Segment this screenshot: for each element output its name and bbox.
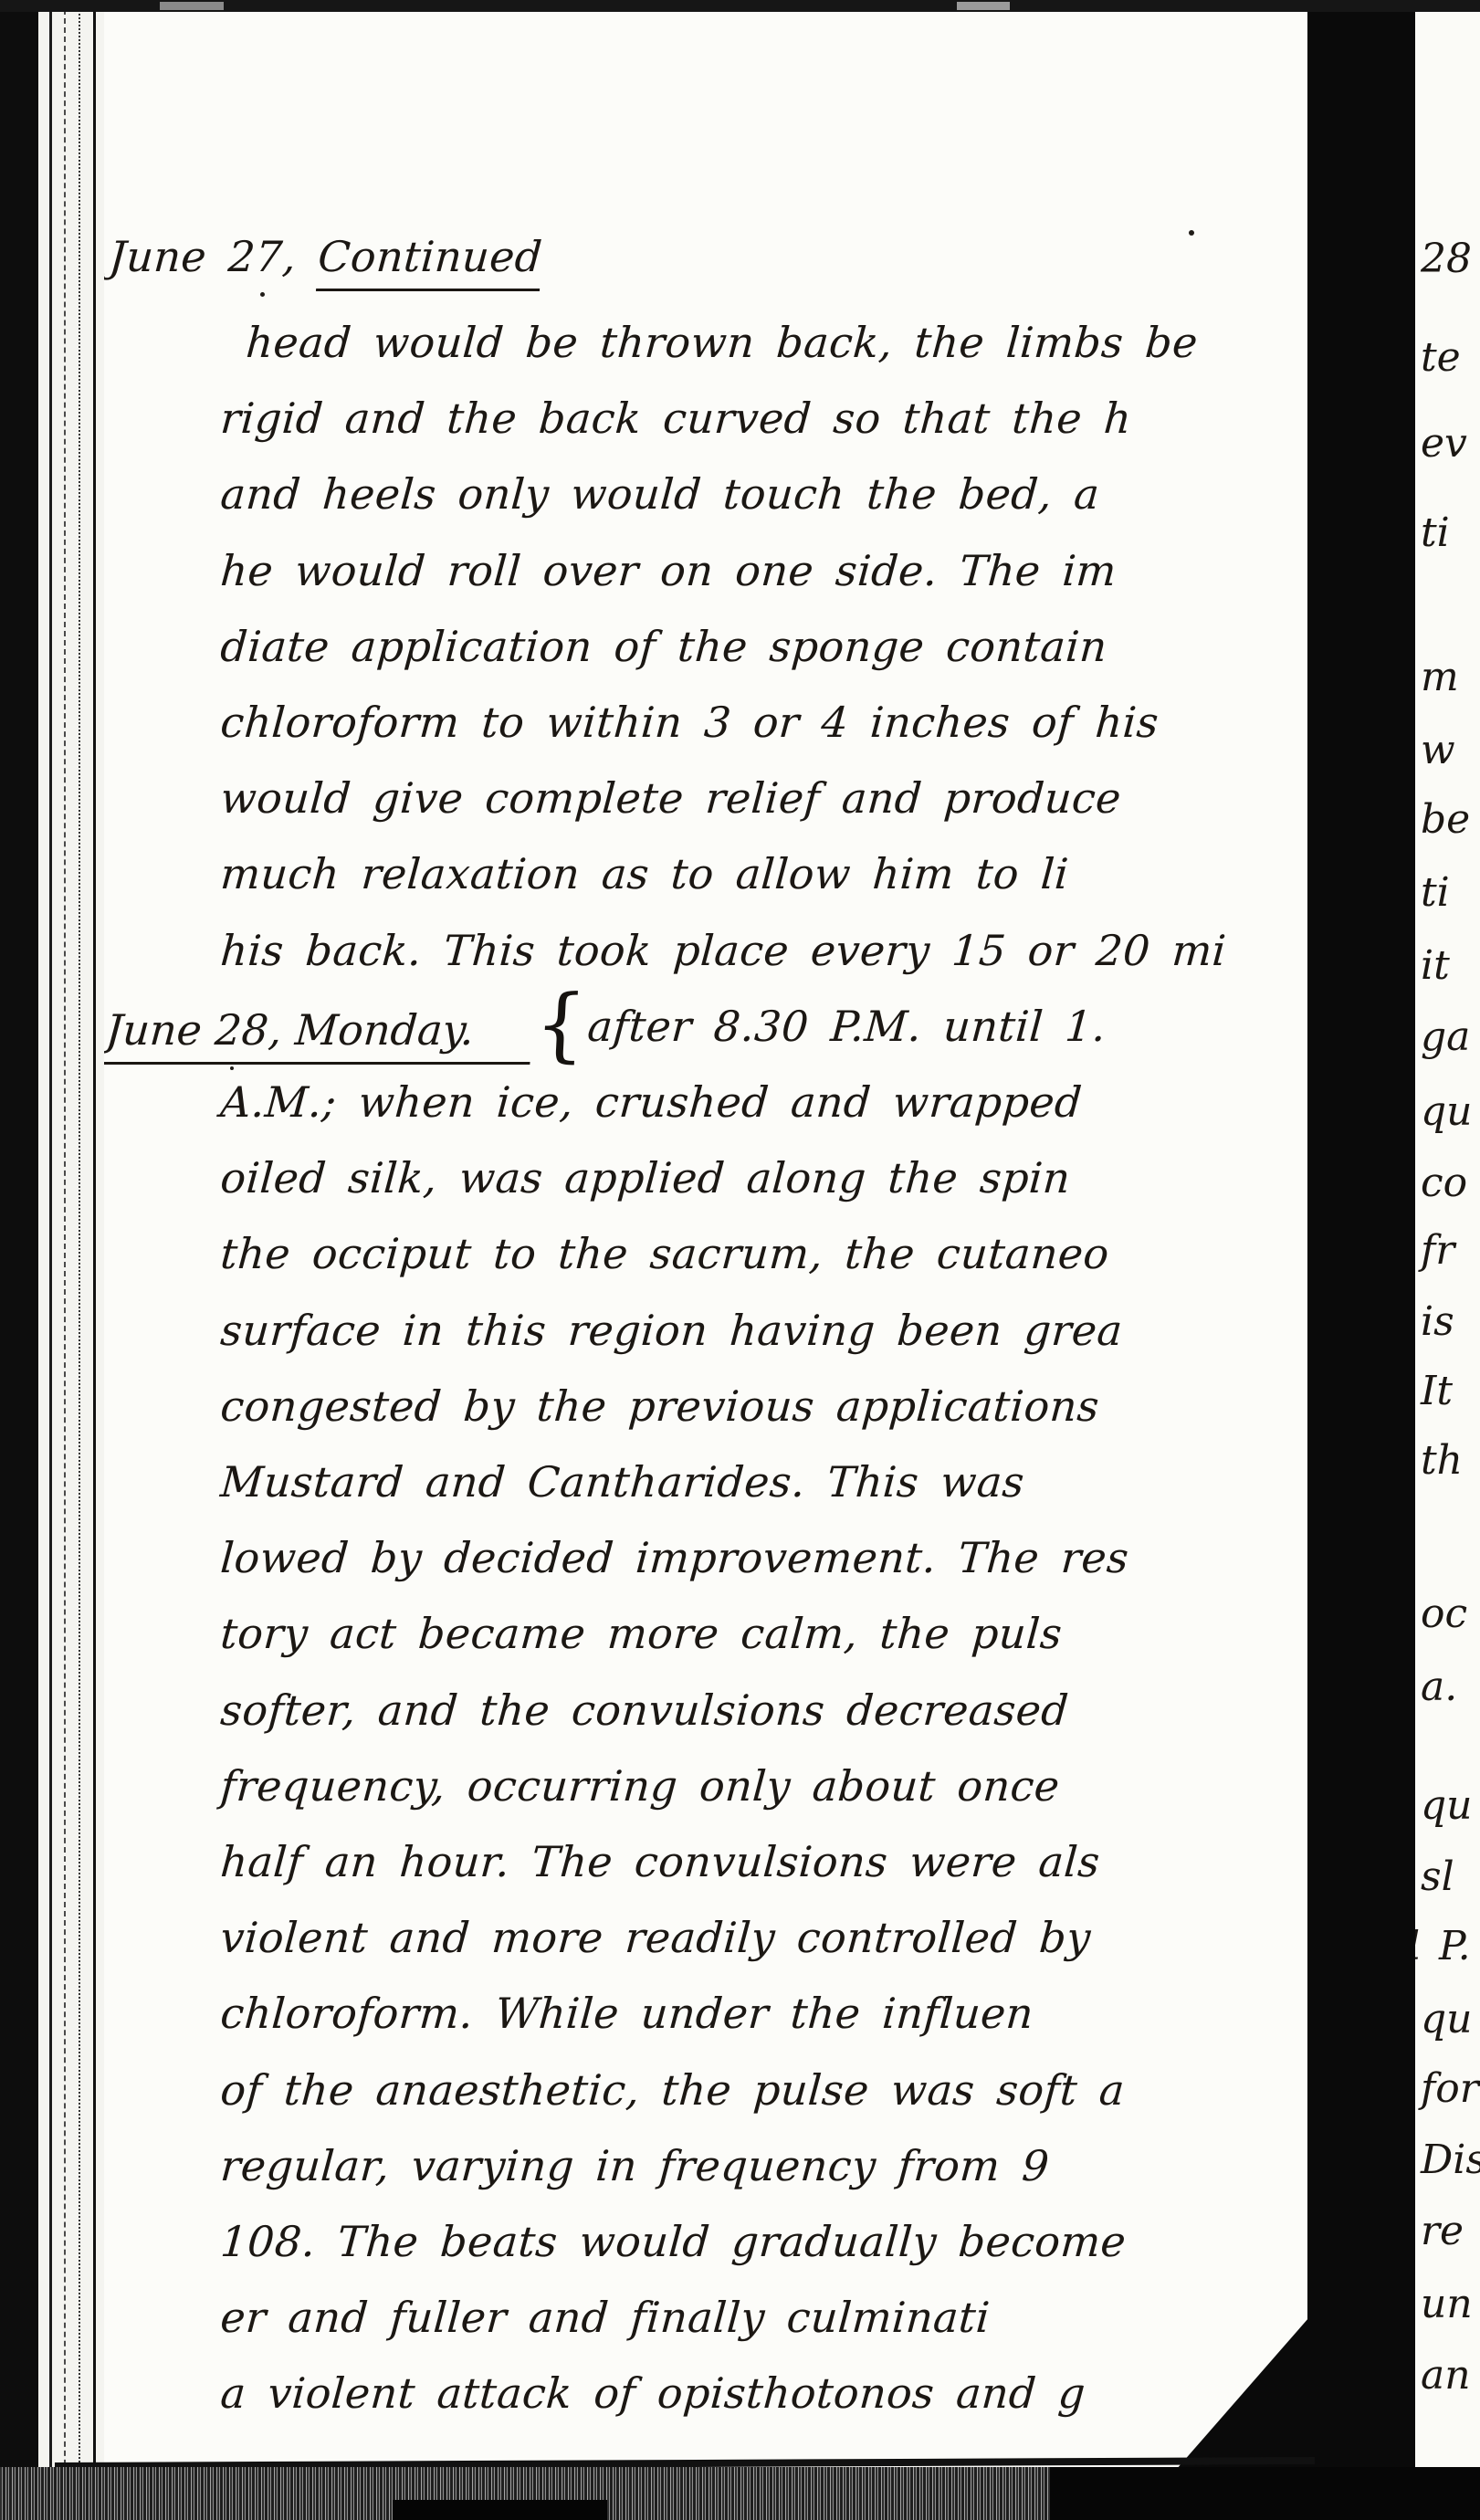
facing-page-fragment: ga <box>1421 1013 1470 1060</box>
handwritten-line: chloroform. While under the influen <box>219 1992 1034 2034</box>
handwritten-line: softer, and the convulsions decreased <box>219 1689 1070 1731</box>
facing-page-fragment: oc <box>1421 1591 1467 1637</box>
page-edge-line <box>49 0 52 2520</box>
handwritten-line: head would be thrown back, the limbs be <box>245 321 1199 363</box>
page-edge-line <box>79 0 80 2520</box>
handwritten-line: surface in this region having been grea <box>219 1309 1124 1351</box>
handwritten-line: half an hour. The convulsions were als <box>219 1841 1101 1883</box>
handwritten-line: Mustard and Cantharides. This was <box>219 1461 1025 1503</box>
ink-speck <box>260 292 265 297</box>
facing-page-fragment: qu <box>1421 1088 1473 1135</box>
entry-heading-date: June 27, <box>108 232 299 281</box>
handwritten-line: after 8.30 P.M. until 1. <box>586 1005 1107 1047</box>
ink-speck <box>230 1066 234 1070</box>
facing-page-fragment: te <box>1421 334 1461 381</box>
handwritten-line: his back. This took place every 15 or 20… <box>219 929 1228 971</box>
facing-page-fragment: qu <box>1421 1782 1473 1829</box>
handwritten-line: of the anaesthetic, the pulse was soft a <box>219 2069 1126 2111</box>
facing-page-fragment: fr <box>1421 1227 1454 1274</box>
facing-page-fragment: 28 <box>1421 236 1472 282</box>
facing-page-fragment: m <box>1421 654 1459 700</box>
facing-page-fragment: co <box>1421 1160 1467 1206</box>
book-left-edge <box>0 0 38 2520</box>
margin-date-text: June 28, Monday. <box>103 1005 534 1065</box>
facing-page-fragment: ti <box>1421 509 1450 556</box>
handwritten-line: regular, varying in frequency from 9 <box>219 2145 1051 2187</box>
handwritten-line: oiled silk, was applied along the spin <box>219 1157 1072 1199</box>
handwritten-line: chloroform to within 3 or 4 inches of hi… <box>219 701 1160 743</box>
handwritten-line: A.M.; when ice, crushed and wrapped <box>219 1081 1084 1123</box>
stacked-page-edges <box>38 0 104 2520</box>
handwritten-line: he would roll over on one side. The im <box>219 550 1118 592</box>
handwritten-line: a violent attack of opisthotonos and g <box>219 2372 1087 2414</box>
margin-date-entry: June 28, Monday. <box>104 1005 534 1055</box>
handwritten-line: 108. The beats would gradually become <box>219 2221 1128 2263</box>
facing-page-fragment: ev <box>1421 420 1467 467</box>
facing-page-fragment: It <box>1421 1368 1453 1414</box>
insertion-brace-icon: { <box>533 992 588 1056</box>
entry-heading-continued: Continued <box>316 232 544 291</box>
scan-artifact <box>957 2 1010 10</box>
handwritten-line: and heels only would touch the bed, a <box>219 473 1101 515</box>
handwritten-line: frequency, occurring only about once <box>219 1765 1061 1807</box>
facing-page-fragment: for <box>1421 2065 1479 2112</box>
ink-speck <box>878 1265 882 1269</box>
ink-speck <box>1189 230 1194 236</box>
entry-heading: June 27, Continued <box>108 236 543 278</box>
facing-page-fragment: be <box>1421 796 1470 843</box>
handwritten-line: lowed by decided improvement. The res <box>219 1537 1130 1579</box>
facing-page-fragment: w <box>1421 727 1455 773</box>
scan-artifact <box>393 2500 607 2520</box>
facing-page-fragment: ti <box>1421 869 1450 916</box>
facing-page-fragment: is <box>1421 1298 1454 1345</box>
facing-page-fragment: th <box>1421 1437 1463 1484</box>
facing-page-fragment: sl <box>1421 1853 1454 1900</box>
page-edge-line <box>64 0 66 2520</box>
handwritten-line: rigid and the back curved so that the h <box>219 397 1133 439</box>
facing-page-fragment: an <box>1421 2352 1471 2399</box>
handwritten-line: er and fuller and finally culminati <box>219 2296 992 2338</box>
scanned-journal-page: June 27, Continued head would be thrown … <box>0 0 1480 2520</box>
scan-top-band <box>0 0 1480 12</box>
handwritten-line: would give complete relief and produce <box>219 777 1122 819</box>
handwritten-line: violent and more readily controlled by <box>219 1916 1092 1958</box>
scan-bottom-band <box>0 2467 1480 2520</box>
facing-page-fragment: un <box>1421 2281 1473 2327</box>
handwritten-line: tory act became more calm, the puls <box>219 1612 1064 1654</box>
facing-page-fragment: it <box>1421 942 1450 989</box>
facing-page-fragment: Dis <box>1421 2137 1480 2183</box>
scan-artifact <box>160 2 224 10</box>
facing-page-fragment: qu <box>1421 1996 1473 2042</box>
scan-artifact <box>1050 2467 1480 2520</box>
facing-page-fragment: re <box>1421 2208 1464 2254</box>
handwritten-line: diate application of the sponge contain <box>219 625 1108 667</box>
handwritten-line: much relaxation as to allow him to li <box>219 853 1070 895</box>
handwritten-line: congested by the previous applications <box>219 1385 1101 1427</box>
book-binding-shadow <box>1307 0 1415 2520</box>
facing-page-fragment: a. <box>1421 1664 1457 1710</box>
handwritten-line: the occiput to the sacrum, the cutaneo <box>219 1233 1110 1275</box>
page-edge-line <box>93 0 96 2520</box>
